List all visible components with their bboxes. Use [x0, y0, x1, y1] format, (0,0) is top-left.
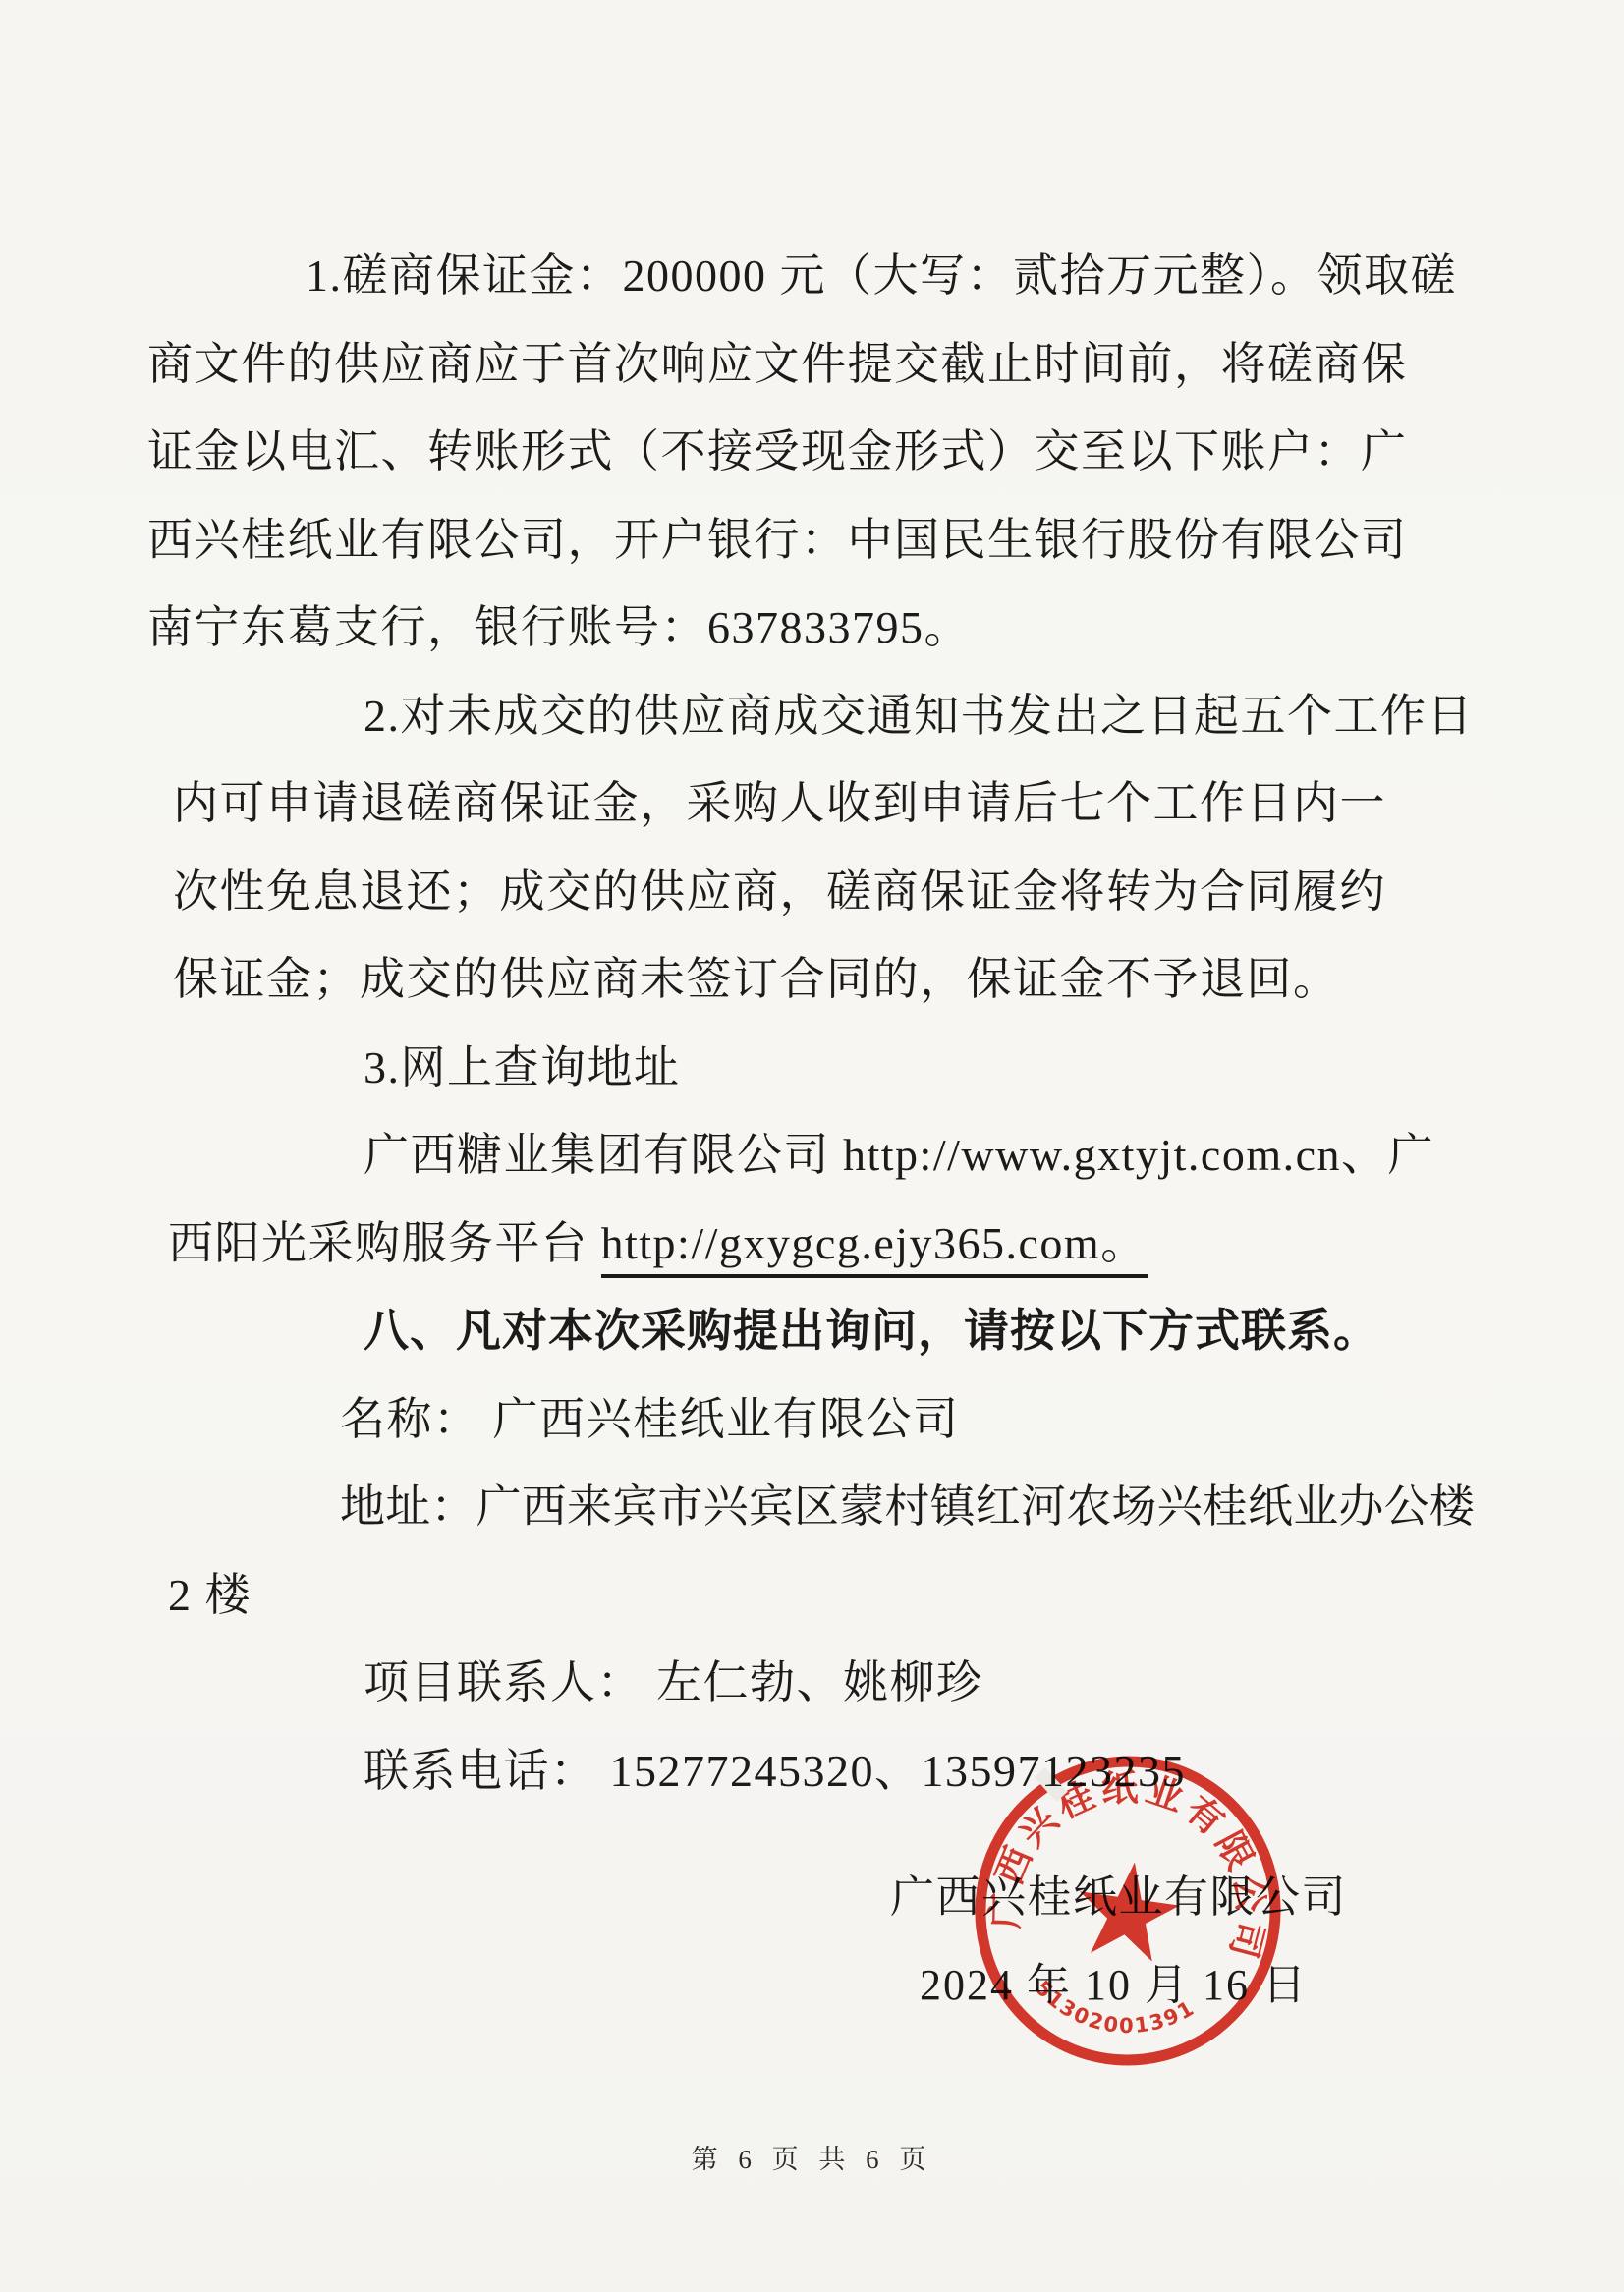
doc-line: 八、凡对本次采购提出询问，请按以下方式联系。 [0, 1303, 1624, 1391]
doc-line: 项目联系人： 左仁勃、姚柳珍 [0, 1654, 1624, 1743]
scanned-document-page: 1.磋商保证金：200000 元（大写：贰拾万元整）。领取磋商文件的供应商应于首… [0, 0, 1624, 2292]
doc-line: 3.网上查询地址 [0, 1039, 1624, 1128]
doc-line: 联系电话： 15277245320、13597123235 [0, 1743, 1624, 1831]
underlined-url: http://gxygcg.ejy365.com。 [601, 1218, 1148, 1278]
doc-line: 内可申请退磋商保证金，采购人收到申请后七个工作日内一 [0, 775, 1624, 864]
document-body: 1.磋商保证金：200000 元（大写：贰拾万元整）。领取磋商文件的供应商应于首… [0, 248, 1624, 1830]
doc-line: 南宁东葛支行，银行账号：637833795。 [0, 599, 1624, 688]
doc-line: 西阳光采购服务平台 http://gxygcg.ejy365.com。 [0, 1215, 1624, 1304]
doc-line: 地址：广西来宾市兴宾区蒙村镇红河农场兴桂纸业办公楼 [0, 1479, 1624, 1567]
doc-line: 商文件的供应商应于首次响应文件提交截止时间前，将磋商保 [0, 336, 1624, 424]
doc-line: 2 楼 [0, 1567, 1624, 1655]
doc-line: 次性免息退还；成交的供应商，磋商保证金将转为合同履约 [0, 864, 1624, 952]
company-seal: 广西兴桂纸业有限公司 4513020013913 [950, 1731, 1306, 2090]
doc-line: 1.磋商保证金：200000 元（大写：贰拾万元整）。领取磋 [0, 248, 1624, 336]
seal-star [1071, 1855, 1184, 1964]
doc-line: 名称： 广西兴桂纸业有限公司 [0, 1391, 1624, 1480]
doc-line: 广西糖业集团有限公司 http://www.gxtyjt.com.cn、广 [0, 1127, 1624, 1215]
text-segment: 西阳光采购服务平台 [168, 1218, 601, 1268]
page-footer: 第 6 页 共 6 页 [0, 2138, 1624, 2176]
doc-line: 西兴桂纸业有限公司，开户银行：中国民生银行股份有限公司 [0, 512, 1624, 600]
doc-line: 2.对未成交的供应商成交通知书发出之日起五个工作日 [0, 688, 1624, 776]
doc-line: 证金以电汇、转账形式（不接受现金形式）交至以下账户：广 [0, 423, 1624, 512]
doc-line: 保证金；成交的供应商未签订合同的，保证金不予退回。 [0, 951, 1624, 1039]
